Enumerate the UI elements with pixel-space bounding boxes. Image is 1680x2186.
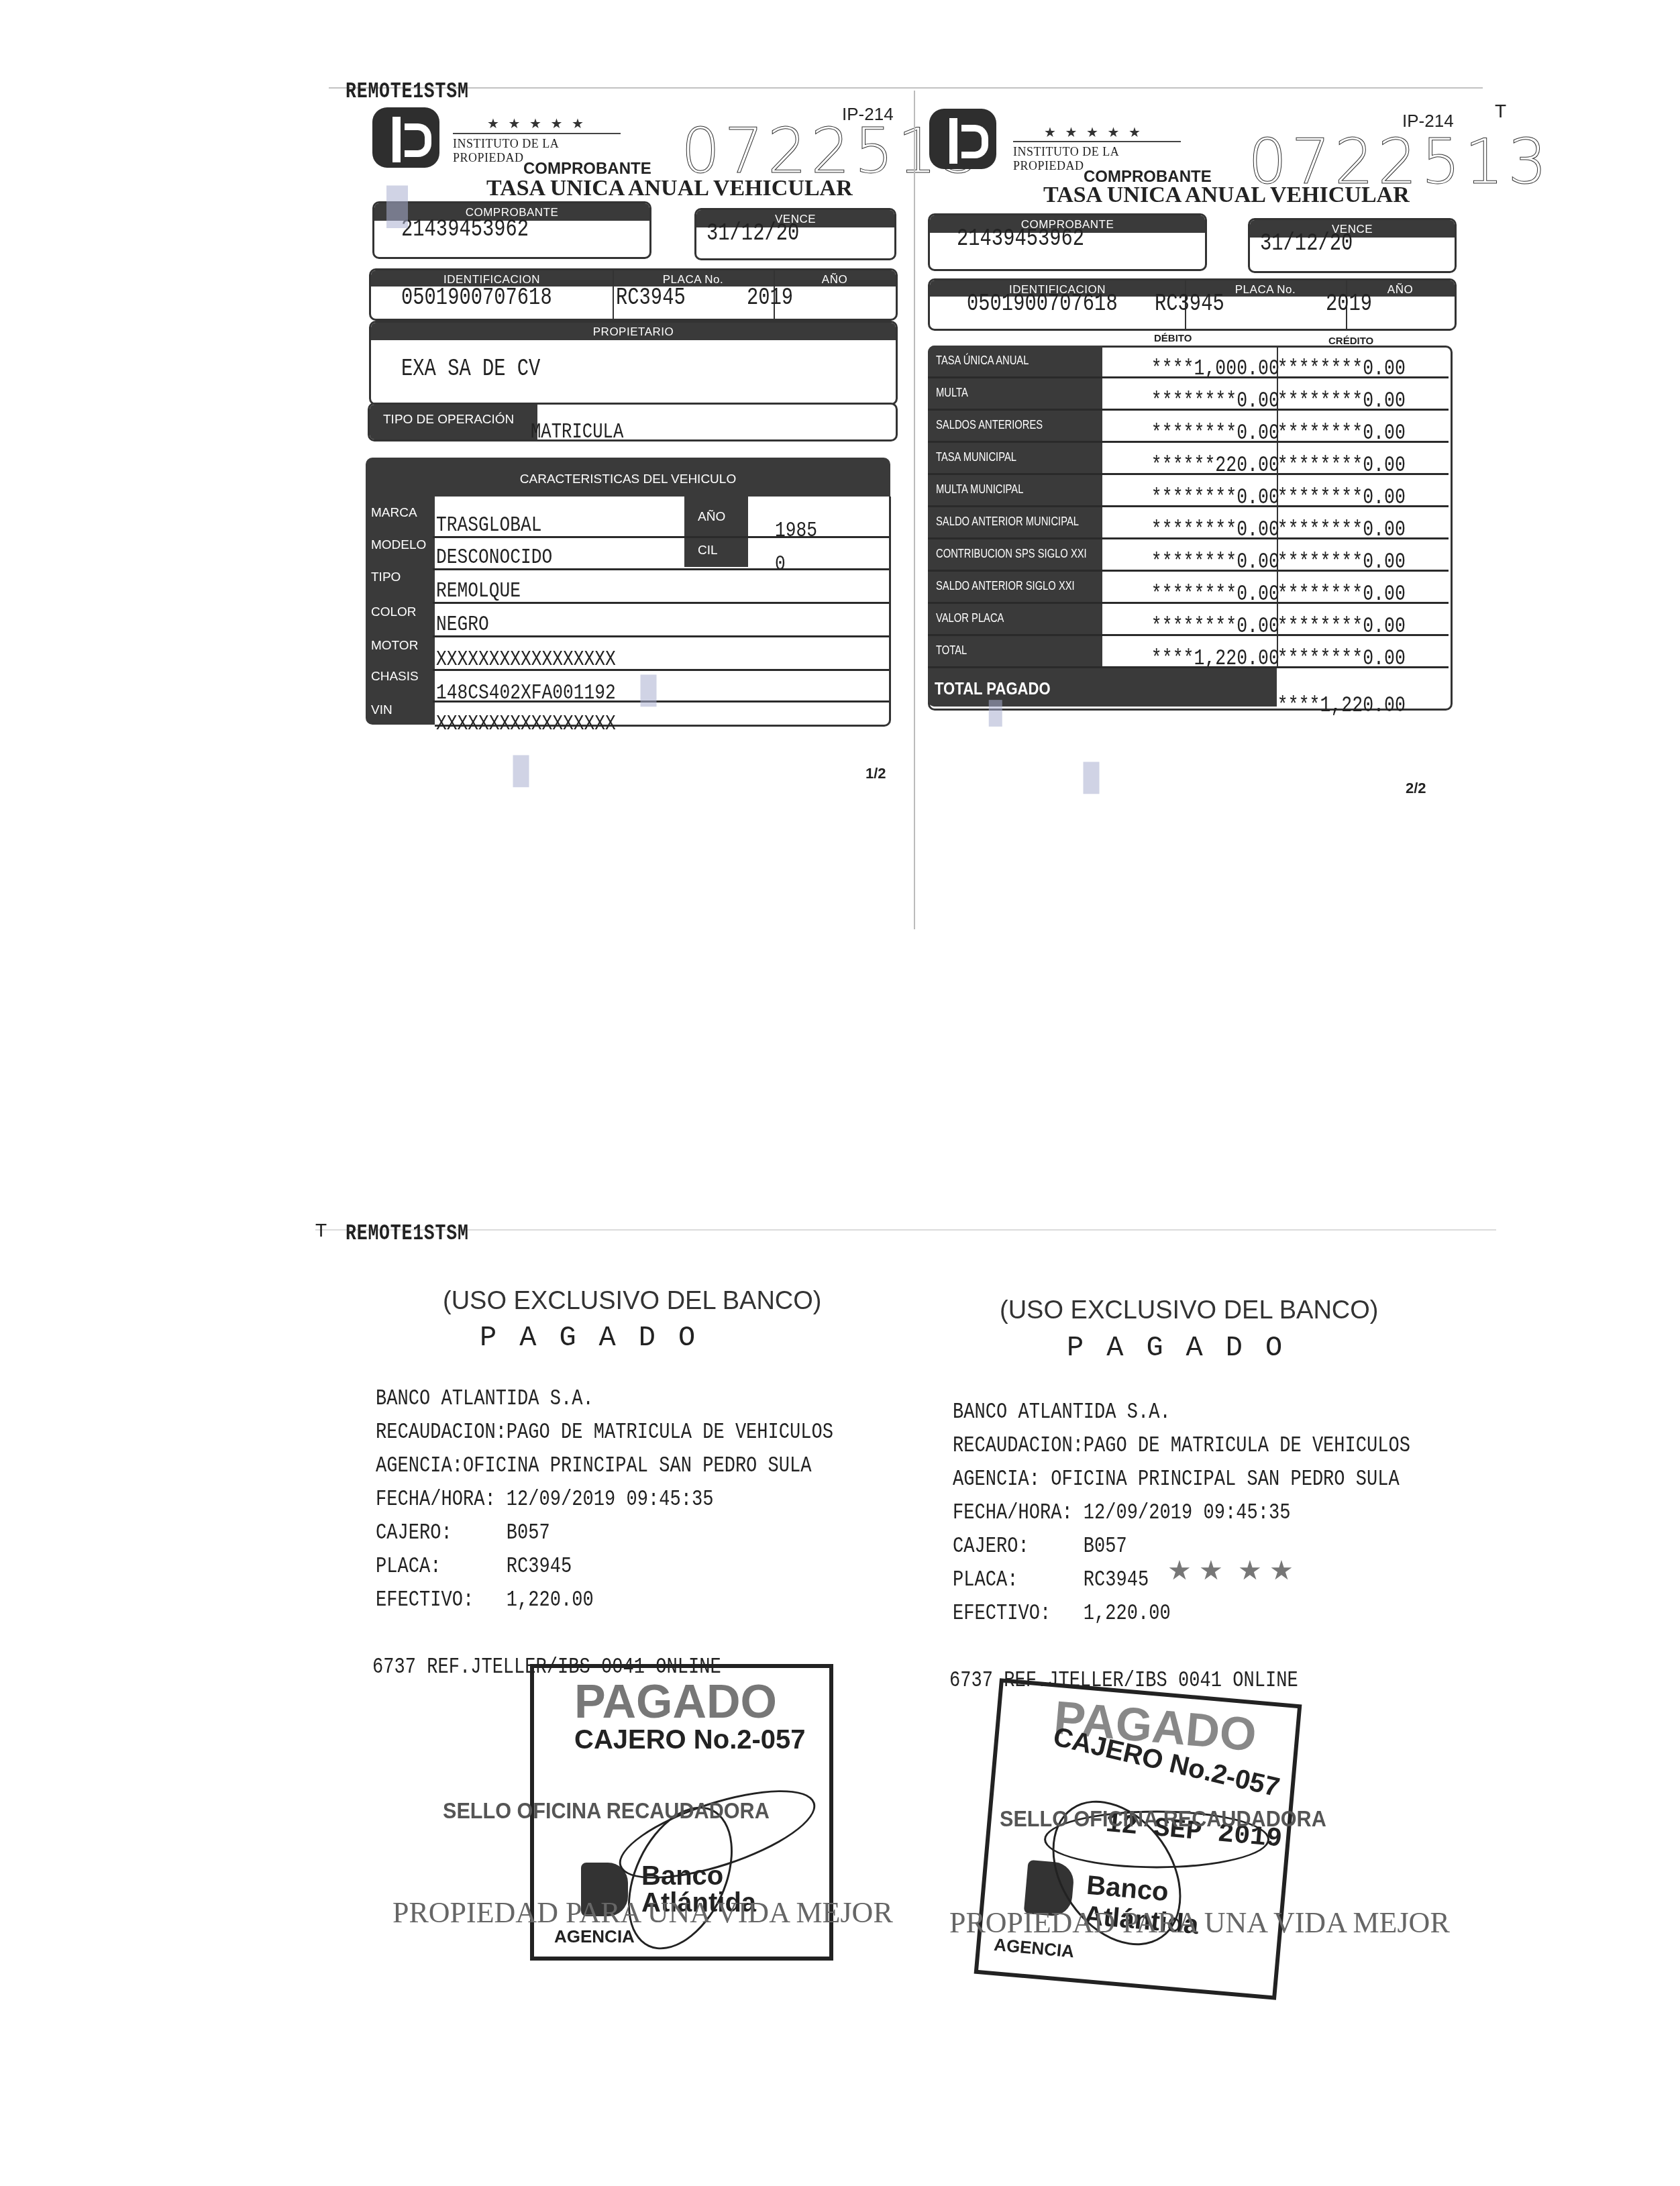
watermark-logo-icon: ▮ [637,664,660,711]
row-divider [928,409,1449,411]
propietario-box: PROPIETARIO EXA SA DE CV [369,321,898,405]
efectivo: EFECTIVO: 1,220.00 [953,1597,1410,1630]
comprobante-value: 21439453962 [957,225,1084,252]
receipt-heading: (USO EXCLUSIVO DEL BANCO) [443,1287,822,1316]
modelo-value: DESCONOCIDO [436,545,552,570]
scan-line [329,87,1483,89]
row-divider [928,602,1449,604]
watermark-logo-icon: ▮ [1080,751,1102,798]
cil-label: CIL [698,543,718,558]
identificacion-value: 0501900707618 [401,284,552,311]
marca-value: TRASGLOBAL [436,513,541,537]
ip-logo-icon [929,109,996,169]
charges-table: TASA ÚNICA ANUAL****1,000.00********0.00… [928,346,1453,708]
tipo-label: TIPO [371,570,401,585]
placa: PLACA: RC3945 [376,1550,833,1583]
charge-label: TOTAL [936,643,967,658]
anio-vehiculo-label: AÑO [698,510,725,525]
anio-value: 2019 [1326,290,1372,317]
charge-label: SALDO ANTERIOR SIGLO XXI [936,579,1075,593]
header-tag: REMOTE1STSM [346,1221,469,1247]
fecha-hora: FECHA/HORA: 12/09/2019 09:45:35 [376,1483,833,1516]
cajero: CAJERO: B057 [376,1516,833,1550]
vence-box: VENCE 31/12/20 [1248,218,1457,273]
charge-label: SALDO ANTERIOR MUNICIPAL [936,515,1079,529]
motor-value: XXXXXXXXXXXXXXXXX [436,647,616,672]
watermark-logo-icon: ▮ [510,745,532,792]
corner-mark: T [1495,101,1506,122]
ip-logo-icon [372,107,439,168]
row-divider [928,473,1449,475]
anio-value: 2019 [747,284,793,311]
motor-label: MOTOR [371,639,418,654]
sello-label: SELLO OFICINA RECAUDADORA [443,1798,770,1824]
corner-mark: T [315,1220,327,1241]
page-number-2: 2/2 [1406,780,1426,797]
debito-label: DÉBITO [1154,333,1192,344]
comprobante-value: 21439453962 [401,215,529,243]
watermark-logo-icon: ▮ [382,171,412,233]
anio-vehiculo-value: 1985 [775,518,817,543]
identification-box: IDENTIFICACION PLACA No. AÑO 05019007076… [928,278,1457,331]
placa-value: RC3945 [616,284,686,311]
stamp-pagado: PAGADO [574,1675,777,1728]
propietario-label: PROPIETARIO [371,323,896,340]
vehicle-characteristics-table: CARACTERISTICAS DEL VEHICULO MARCA MODEL… [366,458,890,726]
vin-value: XXXXXXXXXXXXXXXXX [436,711,616,736]
row-divider [928,634,1449,636]
comprobante-box: COMPROBANTE 21439453962 [372,201,651,259]
identificacion-value: 0501900707618 [967,290,1118,317]
vence-value: 31/12/20 [1260,229,1353,257]
receipt-lines: BANCO ATLANTIDA S.A. RECAUDACION:PAGO DE… [953,1396,1511,1630]
row-divider [928,505,1449,507]
color-label: COLOR [371,605,417,620]
agencia: AGENCIA: OFICINA PRINCIPAL SAN PEDRO SUL… [953,1463,1410,1496]
agencia: AGENCIA:OFICINA PRINCIPAL SAN PEDRO SULA [376,1449,833,1483]
row-divider [928,376,1449,378]
color-value: NEGRO [436,612,489,637]
scan-line [315,1229,1496,1231]
charge-label: TASA ÚNICA ANUAL [936,354,1029,368]
watermark-logo-icon: ▮ [986,691,1005,730]
doc-title: TASA UNICA ANUAL VEHICULAR [486,176,853,201]
bank-stamp: PAGADO CAJERO No.2-057 12 SEP 2019 Banco… [974,1678,1302,2000]
stars-icon: ★ ★ ★ ★ [1167,1555,1294,1586]
doc-title: TASA UNICA ANUAL VEHICULAR [1043,183,1410,208]
row-divider [928,666,1449,668]
stamp-cajero: CAJERO No.2-057 [574,1725,806,1755]
lema: PROPIEDAD PARA UNA VIDA MEJOR [392,1895,893,1930]
bank-name: BANCO ATLANTIDA S.A. [953,1396,1410,1429]
charge-label: SALDOS ANTERIORES [936,418,1043,432]
receipt-status: PAGADO [1067,1332,1305,1364]
receipt-status: PAGADO [480,1322,718,1354]
tipo-operacion-value: MATRICULA [531,419,623,441]
charge-label: VALOR PLACA [936,611,1004,625]
identification-box: IDENTIFICACION PLACA No. AÑO 05019007076… [369,268,898,321]
row-divider [928,570,1449,572]
vehicle-table-title: CARACTERISTICAS DEL VEHICULO [366,472,890,487]
receipt-heading: (USO EXCLUSIVO DEL BANCO) [1000,1296,1379,1325]
stars-icon: ★ ★ ★ ★ ★ [1013,124,1174,141]
charge-label: MULTA MUNICIPAL [936,482,1023,497]
vence-value: 31/12/20 [706,219,799,247]
page-divider [914,91,915,929]
recaudacion: RECAUDACION:PAGO DE MATRICULA DE VEHICUL… [953,1429,1410,1463]
charge-label: CONTRIBUCION SPS SIGLO XXI [936,547,1087,561]
vin-label: VIN [371,703,392,718]
receipt-lines: BANCO ATLANTIDA S.A. RECAUDACION:PAGO DE… [376,1382,934,1617]
chasis-label: CHASIS [371,670,419,684]
sello-label: SELLO OFICINA RECAUDADORA [1000,1806,1326,1832]
vence-box: VENCE 31/12/20 [694,208,896,260]
cil-value: 0 [775,552,786,576]
tipo-operacion-box: TIPO DE OPERACIÓN MATRICULA [368,403,898,441]
tipo-value: REMOLQUE [436,578,521,603]
recaudacion: RECAUDACION:PAGO DE MATRICULA DE VEHICUL… [376,1416,833,1449]
modelo-label: MODELO [371,538,426,553]
efectivo: EFECTIVO: 1,220.00 [376,1583,833,1617]
lema: PROPIEDAD PARA UNA VIDA MEJOR [949,1906,1450,1940]
charge-label: MULTA [936,386,968,400]
total-pagado-value: ****1,220.00 [1277,693,1406,719]
placa-value: RC3945 [1155,290,1224,317]
page-number-1: 1/2 [865,765,886,782]
charge-label: TASA MUNICIPAL [936,450,1016,464]
marca-label: MARCA [371,506,417,521]
stars-icon: ★ ★ ★ ★ ★ [456,115,617,132]
tipo-operacion-label: TIPO DE OPERACIÓN [383,413,514,427]
fecha-hora: FECHA/HORA: 12/09/2019 09:45:35 [953,1496,1410,1530]
bank-name: BANCO ATLANTIDA S.A. [376,1382,833,1416]
propietario-value: EXA SA DE CV [401,355,540,382]
header-tag: REMOTE1STSM [346,79,469,105]
row-divider [928,441,1449,443]
row-divider [928,537,1449,539]
comprobante-box: COMPROBANTE 21439453962 [928,213,1207,271]
